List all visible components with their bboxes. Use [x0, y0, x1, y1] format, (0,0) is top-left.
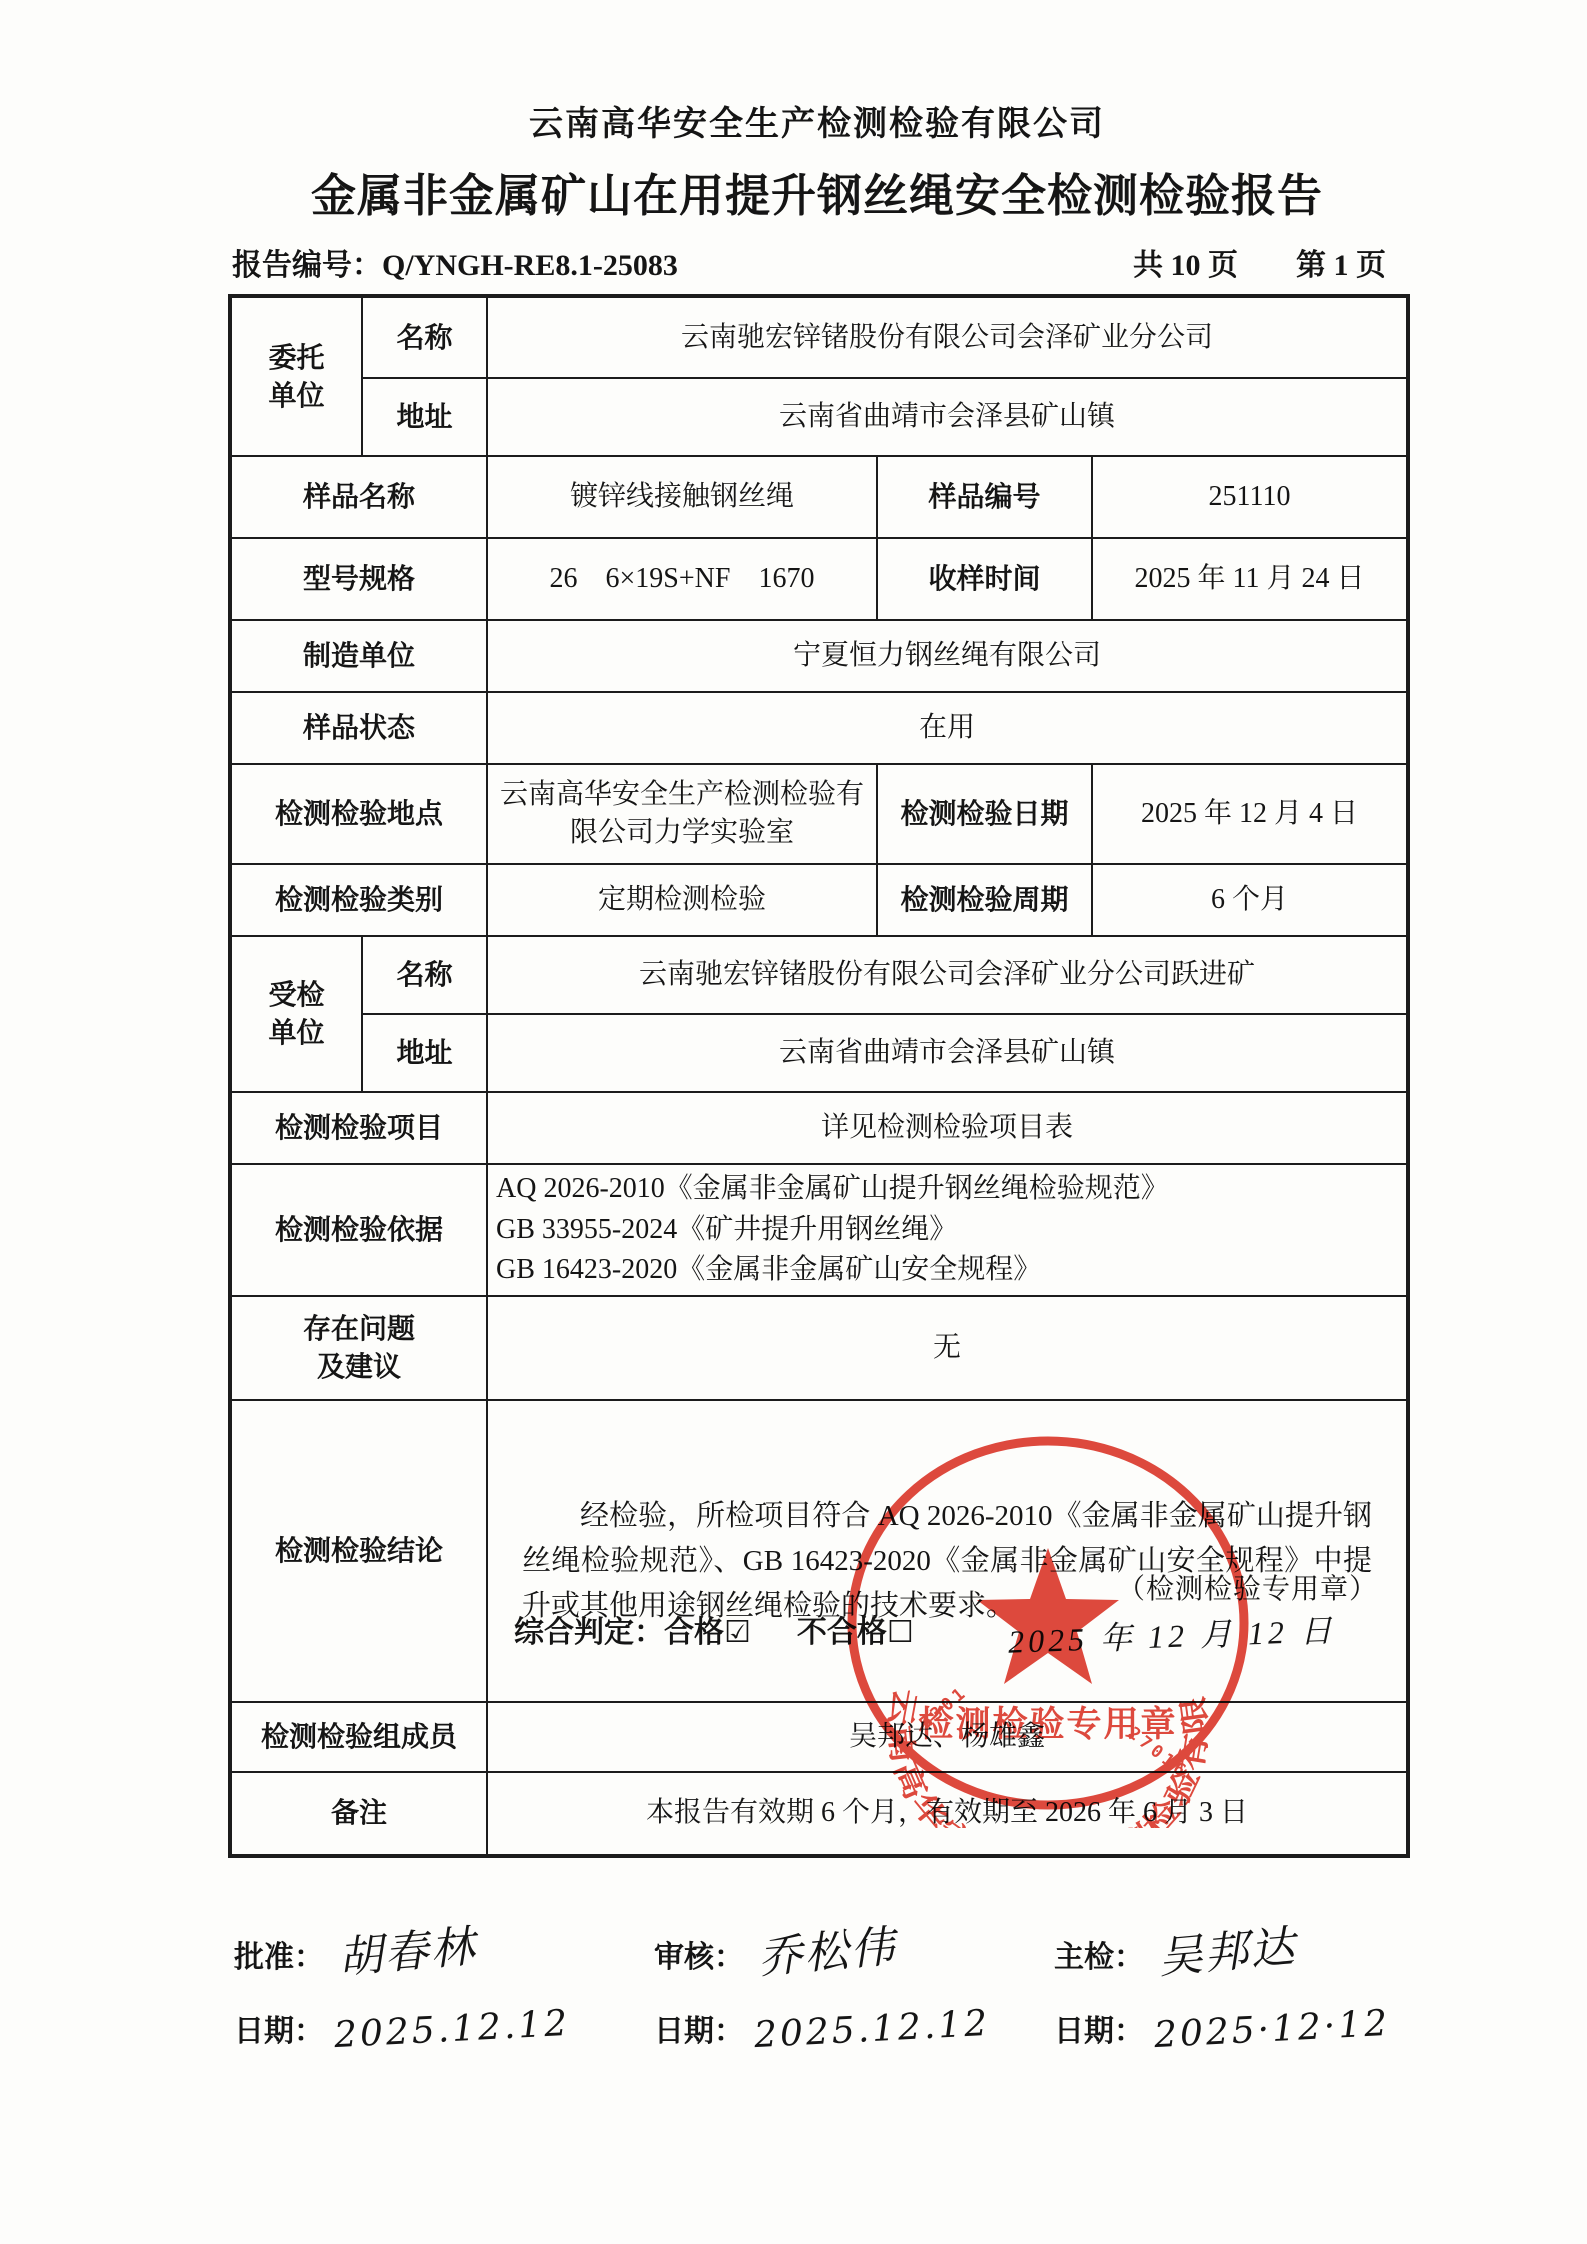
checked-checkbox-icon: ☑ [724, 1615, 751, 1650]
seal-note-text: （检测检验专用章） [1117, 1571, 1378, 1609]
receive-time-value: 2025 年 11 月 24 日 [1092, 538, 1408, 620]
remark-label: 备注 [230, 1772, 487, 1856]
model-spec-value: 26 6×19S+NF 1670 [487, 538, 877, 620]
review-date-value: 2025.12.12 [753, 2003, 991, 2056]
verdict-label: 综合判定： [514, 1616, 664, 1649]
client-address-value: 云南省曲靖市会泽县矿山镇 [487, 378, 1408, 456]
client-name-value: 云南驰宏锌锗股份有限公司会泽矿业分公司 [487, 296, 1408, 378]
inspection-place-label: 检测检验地点 [230, 764, 487, 864]
problems-value: 无 [487, 1296, 1408, 1400]
basis-standard-2: GB 33955-2024《矿井提升用钢丝绳》 [496, 1210, 1398, 1251]
table-row: 制造单位 宁夏恒力钢丝绳有限公司 [230, 620, 1408, 692]
inspected-address-value: 云南省曲靖市会泽县矿山镇 [487, 1014, 1408, 1092]
inspection-type-value: 定期检测检验 [487, 864, 877, 936]
sample-no-value: 251110 [1092, 456, 1408, 538]
problems-label: 存在问题 及建议 [230, 1296, 487, 1400]
current-page: 第 1 页 [1296, 240, 1386, 284]
table-row: 地址 云南省曲靖市会泽县矿山镇 [230, 1014, 1408, 1092]
sample-state-label: 样品状态 [230, 692, 487, 764]
inspection-cycle-value: 6 个月 [1092, 864, 1408, 936]
sample-name-label: 样品名称 [230, 456, 487, 538]
report-number: 报告编号：Q/YNGH-RE8.1-25083 [232, 240, 678, 284]
table-row: 地址 云南省曲靖市会泽县矿山镇 [230, 378, 1408, 456]
remark-value: 本报告有效期 6 个月，有效期至 2026 年 6 月 3 日 [487, 1772, 1408, 1856]
chief-date-value: 2025·12·12 [1153, 2003, 1391, 2056]
table-row: 样品名称 镀锌线接触钢丝绳 样品编号 251110 [230, 456, 1408, 538]
table-row: 受检 单位 名称 云南驰宏锌锗股份有限公司会泽矿业分公司跃进矿 [230, 936, 1408, 1014]
inspection-items-value: 详见检测检验项目表 [487, 1092, 1408, 1164]
manufacturer-label: 制造单位 [230, 620, 487, 692]
unchecked-checkbox-icon: ☐ [887, 1615, 914, 1650]
report-number-label: 报告编号： [232, 249, 382, 282]
verdict-line: 综合判定：合格☑不合格☐ [514, 1613, 914, 1654]
inspected-name-value: 云南驰宏锌锗股份有限公司会泽矿业分公司跃进矿 [487, 936, 1408, 1014]
report-table: 委托 单位 名称 云南驰宏锌锗股份有限公司会泽矿业分公司 地址 云南省曲靖市会泽… [228, 294, 1410, 1858]
table-row: 检测检验地点 云南高华安全生产检测检验有限公司力学实验室 检测检验日期 2025… [230, 764, 1408, 864]
model-spec-label: 型号规格 [230, 538, 487, 620]
sample-name-value: 镀锌线接触钢丝绳 [487, 456, 877, 538]
approve-label: 批准： [234, 1932, 324, 1976]
sample-no-label: 样品编号 [877, 456, 1092, 538]
table-row: 存在问题 及建议 无 [230, 1296, 1408, 1400]
report-meta-line: 报告编号：Q/YNGH-RE8.1-25083 共 10 页 第 1 页 [228, 240, 1406, 284]
table-row: 检测检验结论 经检验，所检项目符合 AQ 2026-2010《金属非金属矿山提升… [230, 1400, 1408, 1702]
review-signature: 乔松伟 [755, 1910, 898, 1986]
inspection-cycle-label: 检测检验周期 [877, 864, 1092, 936]
client-name-label: 名称 [362, 296, 487, 378]
sample-state-value: 在用 [487, 692, 1408, 764]
verdict-pass-text: 合格 [664, 1616, 724, 1649]
chief-label: 主检： [1054, 1932, 1144, 1976]
table-row: 型号规格 26 6×19S+NF 1670 收样时间 2025 年 11 月 2… [230, 538, 1408, 620]
inspection-type-label: 检测检验类别 [230, 864, 487, 936]
approve-date-label: 日期： [234, 2006, 324, 2050]
table-row: 样品状态 在用 [230, 692, 1408, 764]
chief-signature: 吴邦达 [1155, 1910, 1298, 1986]
table-row: 备注 本报告有效期 6 个月，有效期至 2026 年 6 月 3 日 [230, 1772, 1408, 1856]
table-row: 检测检验依据 AQ 2026-2010《金属非金属矿山提升钢丝绳检验规范》 GB… [230, 1164, 1408, 1296]
scanned-report-page: { "header": { "company": "云南高华安全生产检测检验有限… [0, 0, 1587, 2244]
inspection-basis-value: AQ 2026-2010《金属非金属矿山提升钢丝绳检验规范》 GB 33955-… [487, 1164, 1408, 1296]
total-pages: 共 10 页 [1133, 240, 1238, 284]
receive-time-label: 收样时间 [877, 538, 1092, 620]
table-row: 检测检验类别 定期检测检验 检测检验周期 6 个月 [230, 864, 1408, 936]
report-title: 金属非金属矿山在用提升钢丝绳安全检测检验报告 [228, 159, 1406, 224]
table-row: 检测检验项目 详见检测检验项目表 [230, 1092, 1408, 1164]
approve-signature: 胡春林 [335, 1910, 478, 1986]
review-date-label: 日期： [654, 2006, 744, 2050]
inspection-basis-label: 检测检验依据 [230, 1164, 487, 1296]
team-members-value: 吴邦达、杨雄鑫 [487, 1702, 1408, 1772]
inspected-address-label: 地址 [362, 1014, 487, 1092]
inspection-date-label: 检测检验日期 [877, 764, 1092, 864]
conclusion-label: 检测检验结论 [230, 1400, 487, 1702]
client-group-label: 委托 单位 [230, 296, 362, 456]
manufacturer-value: 宁夏恒力钢丝绳有限公司 [487, 620, 1408, 692]
inspected-name-label: 名称 [362, 936, 487, 1014]
inspection-date-value: 2025 年 12 月 4 日 [1092, 764, 1408, 864]
verdict-fail-text: 不合格 [797, 1616, 887, 1649]
signature-block: 批准： 胡春林 日期： 2025.12.12 审核： 乔松伟 日期： 2025.… [228, 1916, 1406, 2050]
inspection-items-label: 检测检验项目 [230, 1092, 487, 1164]
report-sheet: 云南高华安全生产检测检验有限公司 金属非金属矿山在用提升钢丝绳安全检测检验报告 … [228, 96, 1406, 2050]
team-members-label: 检测检验组成员 [230, 1702, 487, 1772]
inspection-place-value: 云南高华安全生产检测检验有限公司力学实验室 [487, 764, 877, 864]
basis-standard-3: GB 16423-2020《金属非金属矿山安全规程》 [496, 1250, 1398, 1291]
review-label: 审核： [654, 1932, 744, 1976]
inspected-group-label: 受检 单位 [230, 936, 362, 1092]
conclusion-cell: 经检验，所检项目符合 AQ 2026-2010《金属非金属矿山提升钢丝绳检验规范… [487, 1400, 1408, 1702]
approve-date-value: 2025.12.12 [333, 2003, 571, 2056]
basis-standard-1: AQ 2026-2010《金属非金属矿山提升钢丝绳检验规范》 [496, 1169, 1398, 1210]
client-address-label: 地址 [362, 378, 487, 456]
table-row: 检测检验组成员 吴邦达、杨雄鑫 [230, 1702, 1408, 1772]
chief-date-label: 日期： [1054, 2006, 1144, 2050]
table-row: 委托 单位 名称 云南驰宏锌锗股份有限公司会泽矿业分公司 [230, 296, 1408, 378]
report-number-value: Q/YNGH-RE8.1-25083 [382, 249, 678, 282]
company-name-title: 云南高华安全生产检测检验有限公司 [228, 96, 1406, 145]
